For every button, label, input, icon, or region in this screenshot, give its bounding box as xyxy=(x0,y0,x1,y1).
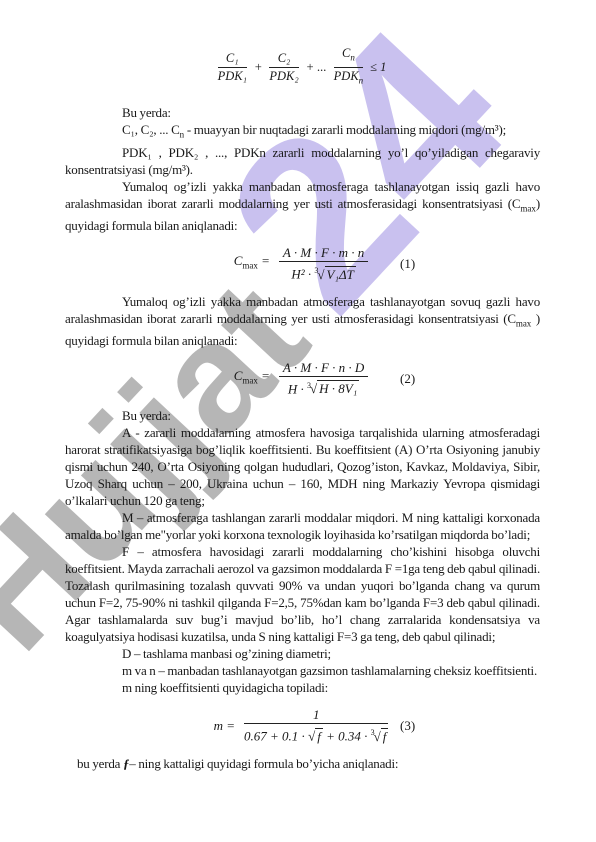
text: bu yerda xyxy=(77,756,123,771)
formula-number: (1) xyxy=(400,255,415,272)
fraction: Cn PDKn xyxy=(334,46,364,88)
cube-root: 3√V₁ΔT xyxy=(314,267,355,282)
fraction-denominator: PDK₂ xyxy=(269,68,298,84)
text: + 0.34 · xyxy=(326,729,367,744)
fraction-denominator: PDKn xyxy=(334,68,364,89)
radicand: f xyxy=(315,728,323,744)
paragraph-bu-yerda-2: Bu yerda: xyxy=(65,407,540,424)
square-root: √f xyxy=(308,728,323,744)
paragraph-cold-gas: Yumaloq og’izli yakka manbadan atmosfera… xyxy=(65,293,540,350)
text: – ning kattaligi quyidagi formula bo’yic… xyxy=(129,756,398,771)
formula-number: (3) xyxy=(400,717,415,734)
cube-root: 3√H · 8V₁ xyxy=(307,381,359,396)
paragraph-f-definition: bu yerda ƒ– ning kattaligi quyidagi form… xyxy=(65,755,540,772)
formula-3: m = 1 0.67 + 0.1 · √f + 0.34 · 3√f (3) xyxy=(65,707,540,743)
fraction-numerator: Cn xyxy=(334,46,364,68)
fraction-numerator: 1 xyxy=(244,707,388,724)
radicand: V₁ΔT xyxy=(325,266,356,282)
document-page: Hujjat 24 C₁ PDK₁ + C₂ PDK₂ + ... Cn PDK… xyxy=(0,0,596,842)
radical-sign: √ xyxy=(374,729,381,744)
paragraph-hot-gas: Yumaloq og’izli yakka manbadan atmosfera… xyxy=(65,178,540,235)
fraction-numerator: A · M · F · n · D xyxy=(279,360,368,377)
equals: = xyxy=(261,368,270,383)
fraction: C₁ PDK₁ xyxy=(218,51,247,84)
paragraph-coefficient-a: A - zararli moddalarning atmosfera havos… xyxy=(65,424,540,509)
paragraph-bu-yerda-1: Bu yerda: xyxy=(65,104,540,121)
fraction-numerator: A · M · F · m · n xyxy=(279,245,368,262)
paragraph-m-n-coefficient: m va n – manbadan tashlanayotgan gazsimo… xyxy=(65,662,540,679)
formula-sum-pdk: C₁ PDK₁ + C₂ PDK₂ + ... Cn PDKn ≤ 1 xyxy=(65,46,540,88)
subscript: max xyxy=(242,376,258,386)
radicand: H · 8V₁ xyxy=(317,380,359,396)
radicand: f xyxy=(381,728,389,744)
ellipsis-operator: + ... xyxy=(306,59,327,76)
equals: = xyxy=(261,253,270,268)
cube-root: 3√f xyxy=(371,729,389,744)
text: H² · xyxy=(291,267,311,282)
fraction-numerator: C₂ xyxy=(269,51,298,68)
inequality: ≤ 1 xyxy=(370,59,386,76)
formula-number: (2) xyxy=(400,370,415,387)
paragraph-diameter-d: D – tashlama manbasi og’zining diametri; xyxy=(65,645,540,662)
document-content: C₁ PDK₁ + C₂ PDK₂ + ... Cn PDKn ≤ 1 Bu y… xyxy=(0,0,596,772)
subscript: max xyxy=(516,318,532,328)
radical-sign: √ xyxy=(317,267,324,282)
fraction-denominator: 0.67 + 0.1 · √f + 0.34 · 3√f xyxy=(244,724,388,743)
fraction: A · M · F · n · D H · 3√H · 8V₁ xyxy=(279,360,368,396)
paragraph-pdk-definition: PDK₁ , PDK₂ , ..., PDKn zararli moddalar… xyxy=(65,144,540,178)
fraction-denominator: PDK₁ xyxy=(218,68,247,84)
formula-2: Cmax = A · M · F · n · D H · 3√H · 8V₁ (… xyxy=(65,360,540,396)
fraction-numerator: C₁ xyxy=(218,51,247,68)
fraction: A · M · F · m · n H² · 3√V₁ΔT xyxy=(279,245,368,281)
text: C₁, C₂, ... C xyxy=(122,122,180,137)
formula-lhs: m = xyxy=(214,717,235,734)
plus-operator: + xyxy=(254,59,262,76)
fraction-denominator: H² · 3√V₁ΔT xyxy=(279,262,368,281)
text: H · xyxy=(288,381,304,396)
subscript: n xyxy=(350,53,355,63)
fraction-denominator: H · 3√H · 8V₁ xyxy=(279,377,368,396)
fraction: 1 0.67 + 0.1 · √f + 0.34 · 3√f xyxy=(244,707,388,743)
paragraph-coefficient-m: M – atmosferaga tashlangan zararli modda… xyxy=(65,509,540,543)
subscript: max xyxy=(520,203,536,213)
symbol: PDK xyxy=(334,69,359,83)
subscript: n xyxy=(359,75,364,85)
formula-lhs: Cmax = xyxy=(234,367,270,390)
paragraph-c-definition: C₁, C₂, ... Cn - muayyan bir nuqtadagi z… xyxy=(65,121,540,144)
text: 0.67 + 0.1 · xyxy=(244,729,305,744)
paragraph-coefficient-f: F – atmosfera havosidagi zararli moddala… xyxy=(65,543,540,645)
text: Yumaloq og’izli yakka manbadan atmosfera… xyxy=(65,294,540,326)
text: - muayyan bir nuqtadagi zararli moddalar… xyxy=(184,122,506,137)
formula-lhs: Cmax = xyxy=(234,252,270,275)
subscript: max xyxy=(242,261,258,271)
paragraph-m-found: m ning koeffitsienti quyidagicha topilad… xyxy=(65,679,540,696)
text: Yumaloq og’izli yakka manbadan atmosfera… xyxy=(65,179,540,211)
formula-1: Cmax = A · M · F · m · n H² · 3√V₁ΔT (1) xyxy=(65,245,540,281)
fraction: C₂ PDK₂ xyxy=(269,51,298,84)
